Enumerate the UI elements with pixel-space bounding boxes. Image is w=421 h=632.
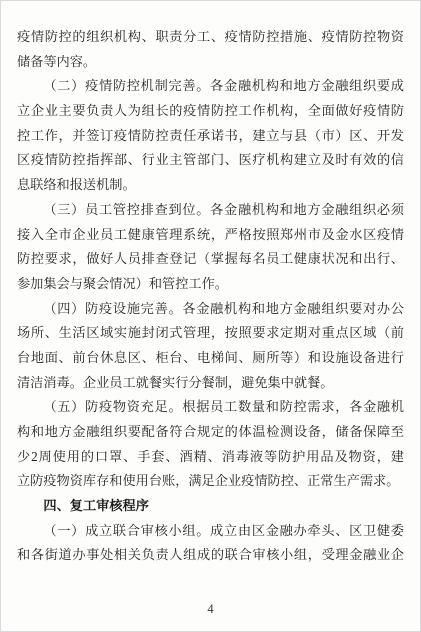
text-line: （三）员工管控排查到位。各金融机构和地方金融组织必须 xyxy=(17,198,404,223)
text-line: 台地面、前台休息区、柜台、电梯间、厕所等）和设施设备进行 xyxy=(17,346,404,371)
text-line: 和各街道办事处相关负责人组成的联合审核小组，受理金融业企 xyxy=(17,543,404,568)
text-line: 构和地方金融组织要配备符合规定的体温检测设备，储备保障至 xyxy=(17,420,404,445)
text-line: 疫情防控的组织机构、职责分工、疫情防控措施、疫情防控物资 xyxy=(17,25,404,50)
document-body-text: 疫情防控的组织机构、职责分工、疫情防控措施、疫情防控物资 储备等内容。 （二）疫… xyxy=(17,25,404,568)
text-line: 少2周使用的口罩、手套、酒精、消毒液等防护用品及物资，建 xyxy=(17,445,404,470)
text-line: 储备等内容。 xyxy=(17,50,404,75)
text-line: 清洁消毒。企业员工就餐实行分餐制，避免集中就餐。 xyxy=(17,371,404,396)
text-line: （四）防疫设施完善。各金融机构和地方金融组织要对办公 xyxy=(17,297,404,322)
document-page: 疫情防控的组织机构、职责分工、疫情防控措施、疫情防控物资 储备等内容。 （二）疫… xyxy=(0,0,421,632)
text-line: （五）防疫物资充足。根据员工数量和防控需求，各金融机 xyxy=(17,395,404,420)
text-line: 防控要求，做好人员排查登记（掌握每名员工健康状况和出行、 xyxy=(17,247,404,272)
text-line: 区疫情防控指挥部、行业主管部门、医疗机构建立及时有效的信 xyxy=(17,148,404,173)
text-line: （二）疫情防控机制完善。各金融机构和地方金融组织要成 xyxy=(17,74,404,99)
text-line: 接入全市企业员工健康管理系统，严格按照郑州市及金水区疫情 xyxy=(17,223,404,248)
text-line: 息联络和报送机制。 xyxy=(17,173,404,198)
text-line: （一）成立联合审核小组。成立由区金融办牵头、区卫健委 xyxy=(17,519,404,544)
section-heading: 四、复工审核程序 xyxy=(17,494,404,519)
text-line: 参加集会与聚会情况）和管控工作。 xyxy=(17,272,404,297)
text-line: 立防疫物资库存和使用台账，满足企业疫情防控、正常生产需求。 xyxy=(17,469,404,494)
text-line: 控工作，并签订疫情防控责任承诺书，建立与县（市）区、开发 xyxy=(17,124,404,149)
page-number: 4 xyxy=(17,601,404,617)
text-line: 场所、生活区域实施封闭式管理，按照要求定期对重点区域（前 xyxy=(17,321,404,346)
text-line: 立企业主要负责人为组长的疫情防控工作机构，全面做好疫情防 xyxy=(17,99,404,124)
